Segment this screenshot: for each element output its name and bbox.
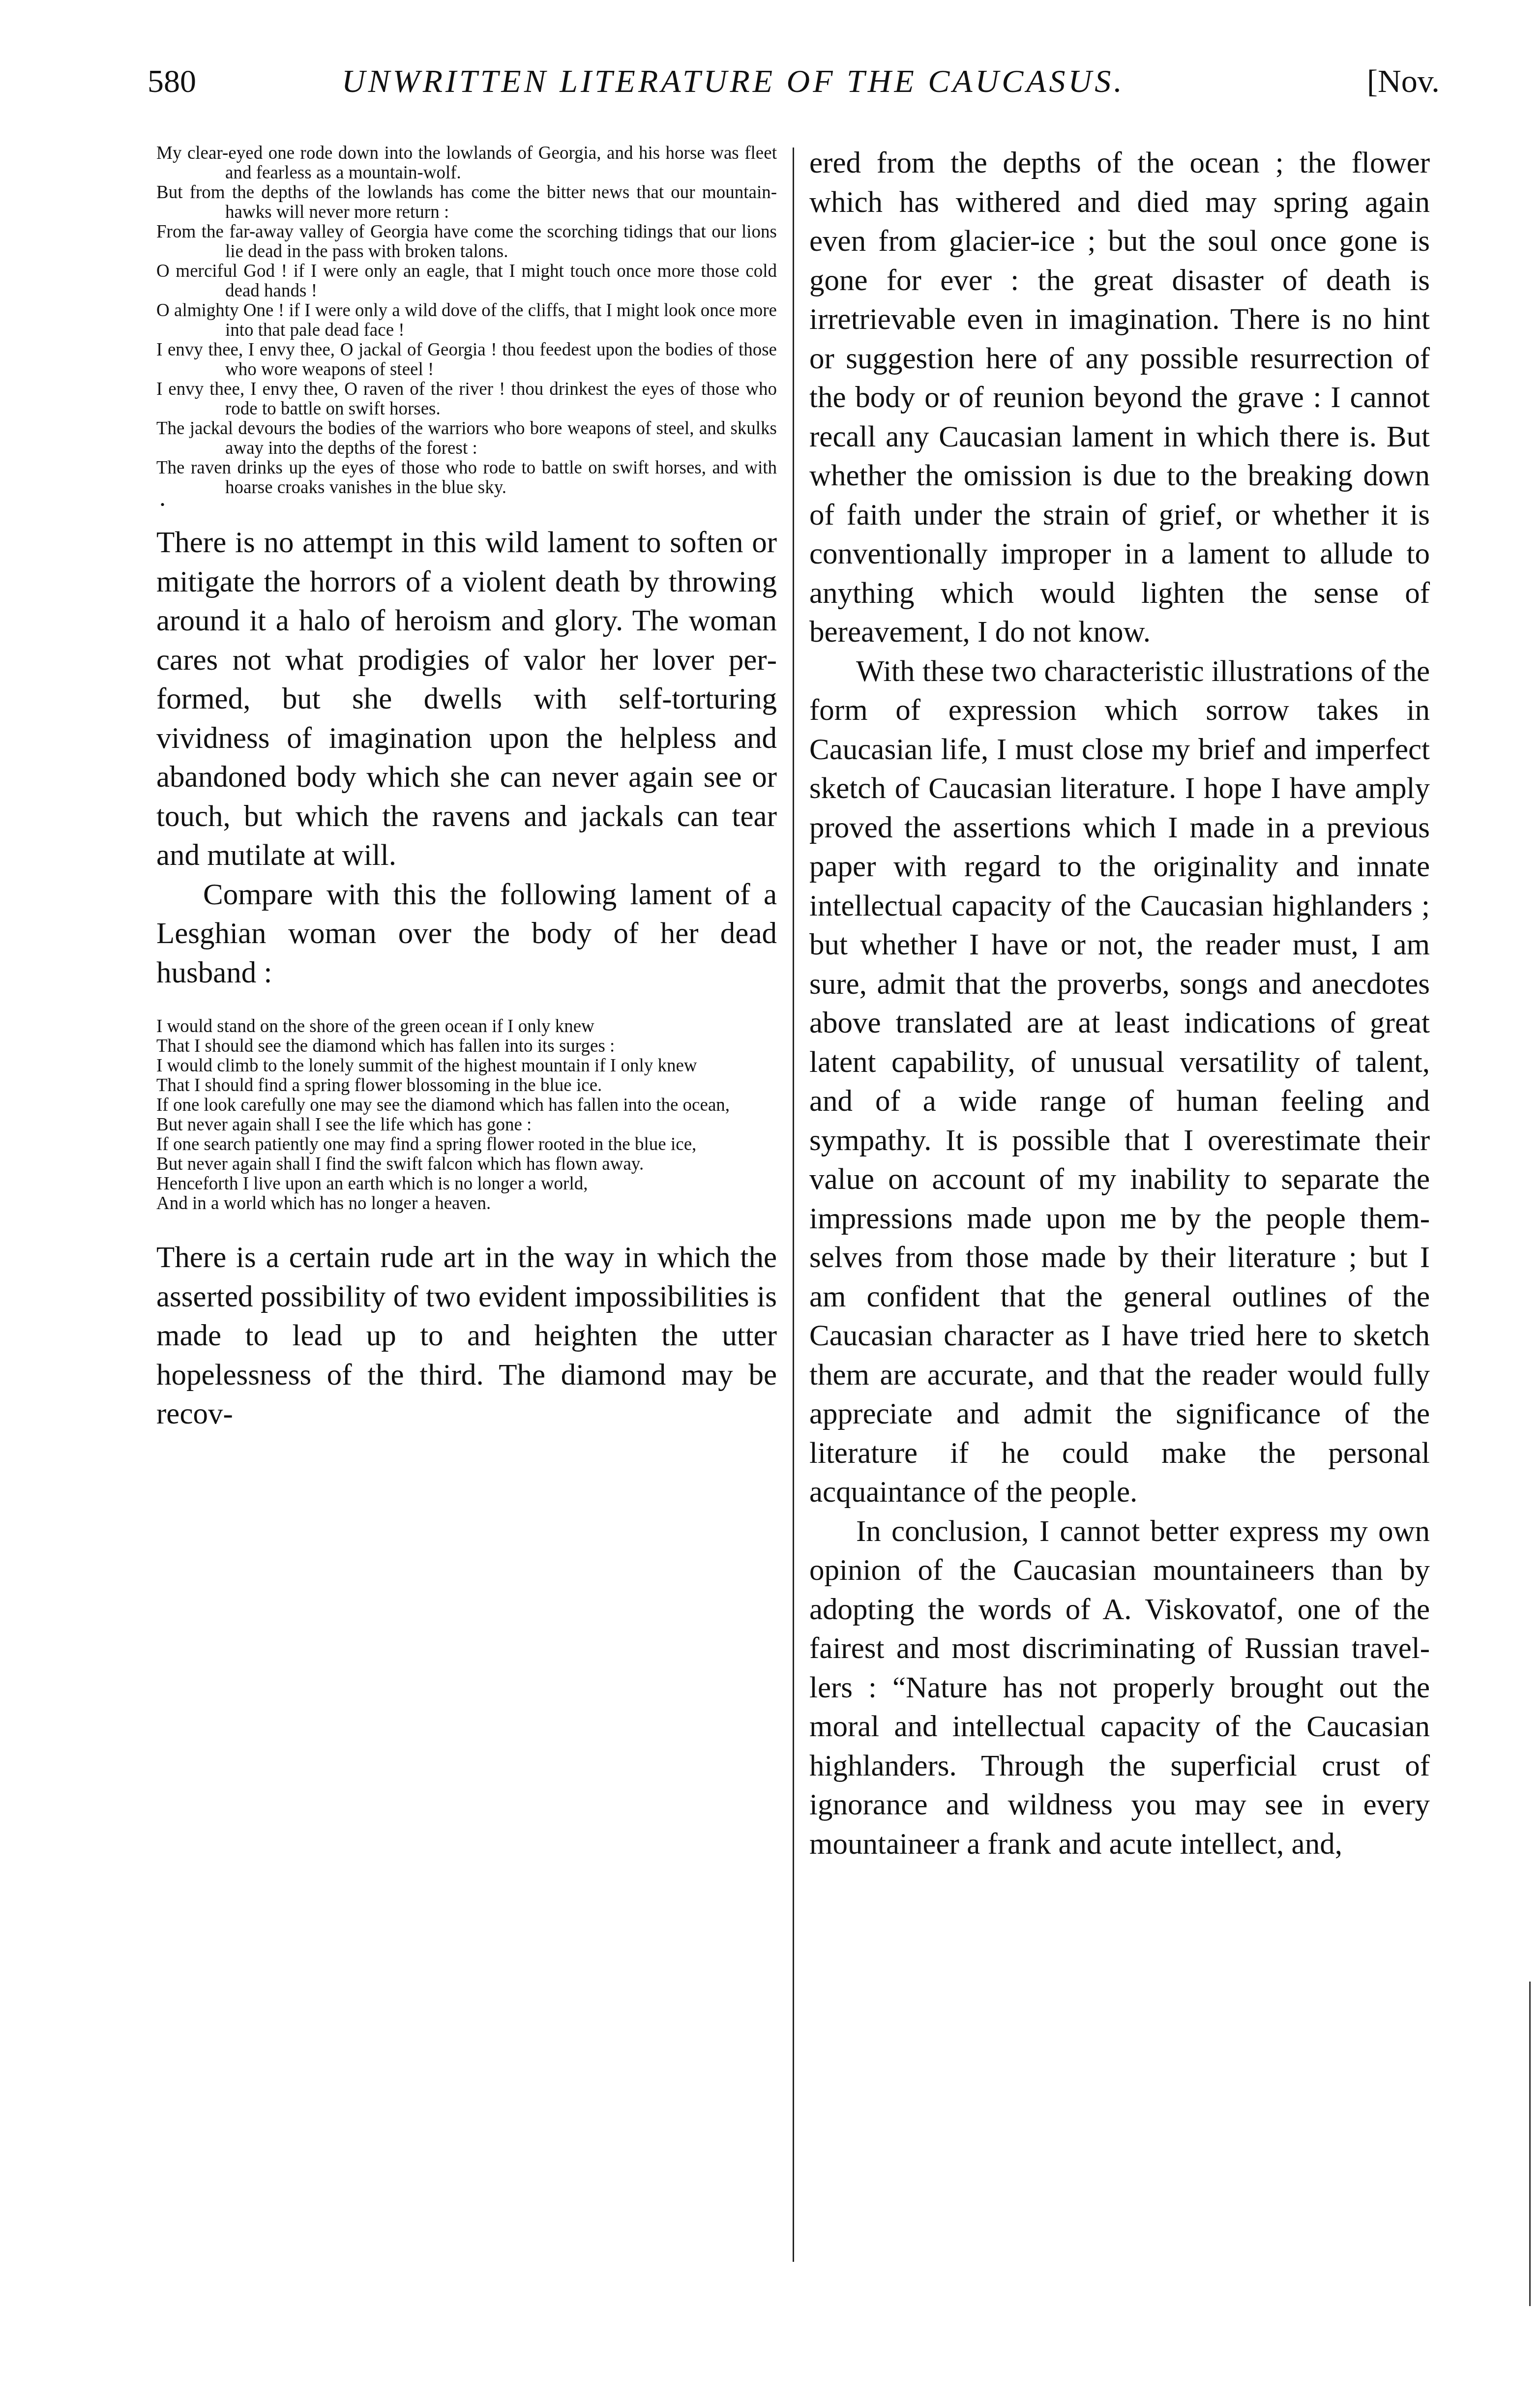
poem-line: The jackal devours the bodies of the war… bbox=[156, 419, 777, 458]
poem-line: I envy thee, I envy thee, O raven of the… bbox=[156, 380, 777, 419]
poem-line: If one look carefully one may see the di… bbox=[156, 1096, 777, 1115]
poem-line: I envy thee, I envy thee, O jackal of Ge… bbox=[156, 340, 777, 380]
column-divider bbox=[793, 148, 794, 2262]
issue-month: [Nov. bbox=[1367, 63, 1440, 100]
right-column: ered from the depths of the ocean ; the … bbox=[809, 144, 1430, 1864]
poem-line: The raven drinks up the eyes of those wh… bbox=[156, 458, 777, 498]
body-paragraph: There is no attempt in this wild lament … bbox=[156, 523, 777, 875]
lament-poem-georgia: My clear-eyed one rode down into the low… bbox=[156, 144, 777, 498]
body-paragraph: In conclusion, I cannot better express m… bbox=[809, 1512, 1430, 1864]
poem-line: My clear-eyed one rode down into the low… bbox=[156, 144, 777, 183]
poem-line: Henceforth I live upon an earth which is… bbox=[156, 1174, 777, 1194]
running-header: 580 UNWRITTEN LITERATURE OF THE CAUCASUS… bbox=[148, 63, 1539, 112]
body-paragraph: With these two characteristic illustra­t… bbox=[809, 652, 1430, 1512]
poem-line: If one search patiently one may find a s… bbox=[156, 1135, 777, 1155]
poem-line: O almighty One ! if I were only a wild d… bbox=[156, 301, 777, 340]
poem-line: O merciful God ! if I were only an eagle… bbox=[156, 262, 777, 301]
poem-line: From the far-away valley of Georgia have… bbox=[156, 222, 777, 262]
lament-poem-lesghian: I would stand on the shore of the green … bbox=[156, 1017, 777, 1214]
poem-line: But never again shall I find the swift f… bbox=[156, 1155, 777, 1174]
poem-line: That I should see the diamond which has … bbox=[156, 1037, 777, 1056]
running-title: UNWRITTEN LITERATURE OF THE CAUCASUS. bbox=[342, 63, 1125, 100]
poem-line: But from the depths of the lowlands has … bbox=[156, 183, 777, 222]
body-paragraph: ered from the depths of the ocean ; the … bbox=[809, 144, 1430, 652]
poem-line: But never again shall I see the life whi… bbox=[156, 1115, 777, 1135]
body-paragraph: There is a certain rude art in the way i… bbox=[156, 1238, 777, 1434]
poem-line: I would stand on the shore of the green … bbox=[156, 1017, 777, 1037]
page-edge-mark bbox=[1529, 1982, 1531, 2306]
poem-line: That I should find a spring flower bloss… bbox=[156, 1076, 777, 1096]
left-column: My clear-eyed one rode down into the low… bbox=[156, 144, 777, 1434]
poem-line: And in a world which has no longer a hea… bbox=[156, 1194, 777, 1214]
poem-line: I would climb to the lonely summit of th… bbox=[156, 1056, 777, 1076]
page-number: 580 bbox=[148, 63, 196, 100]
body-paragraph: Compare with this the following lament o… bbox=[156, 875, 777, 993]
stray-print-mark: • bbox=[156, 498, 777, 512]
